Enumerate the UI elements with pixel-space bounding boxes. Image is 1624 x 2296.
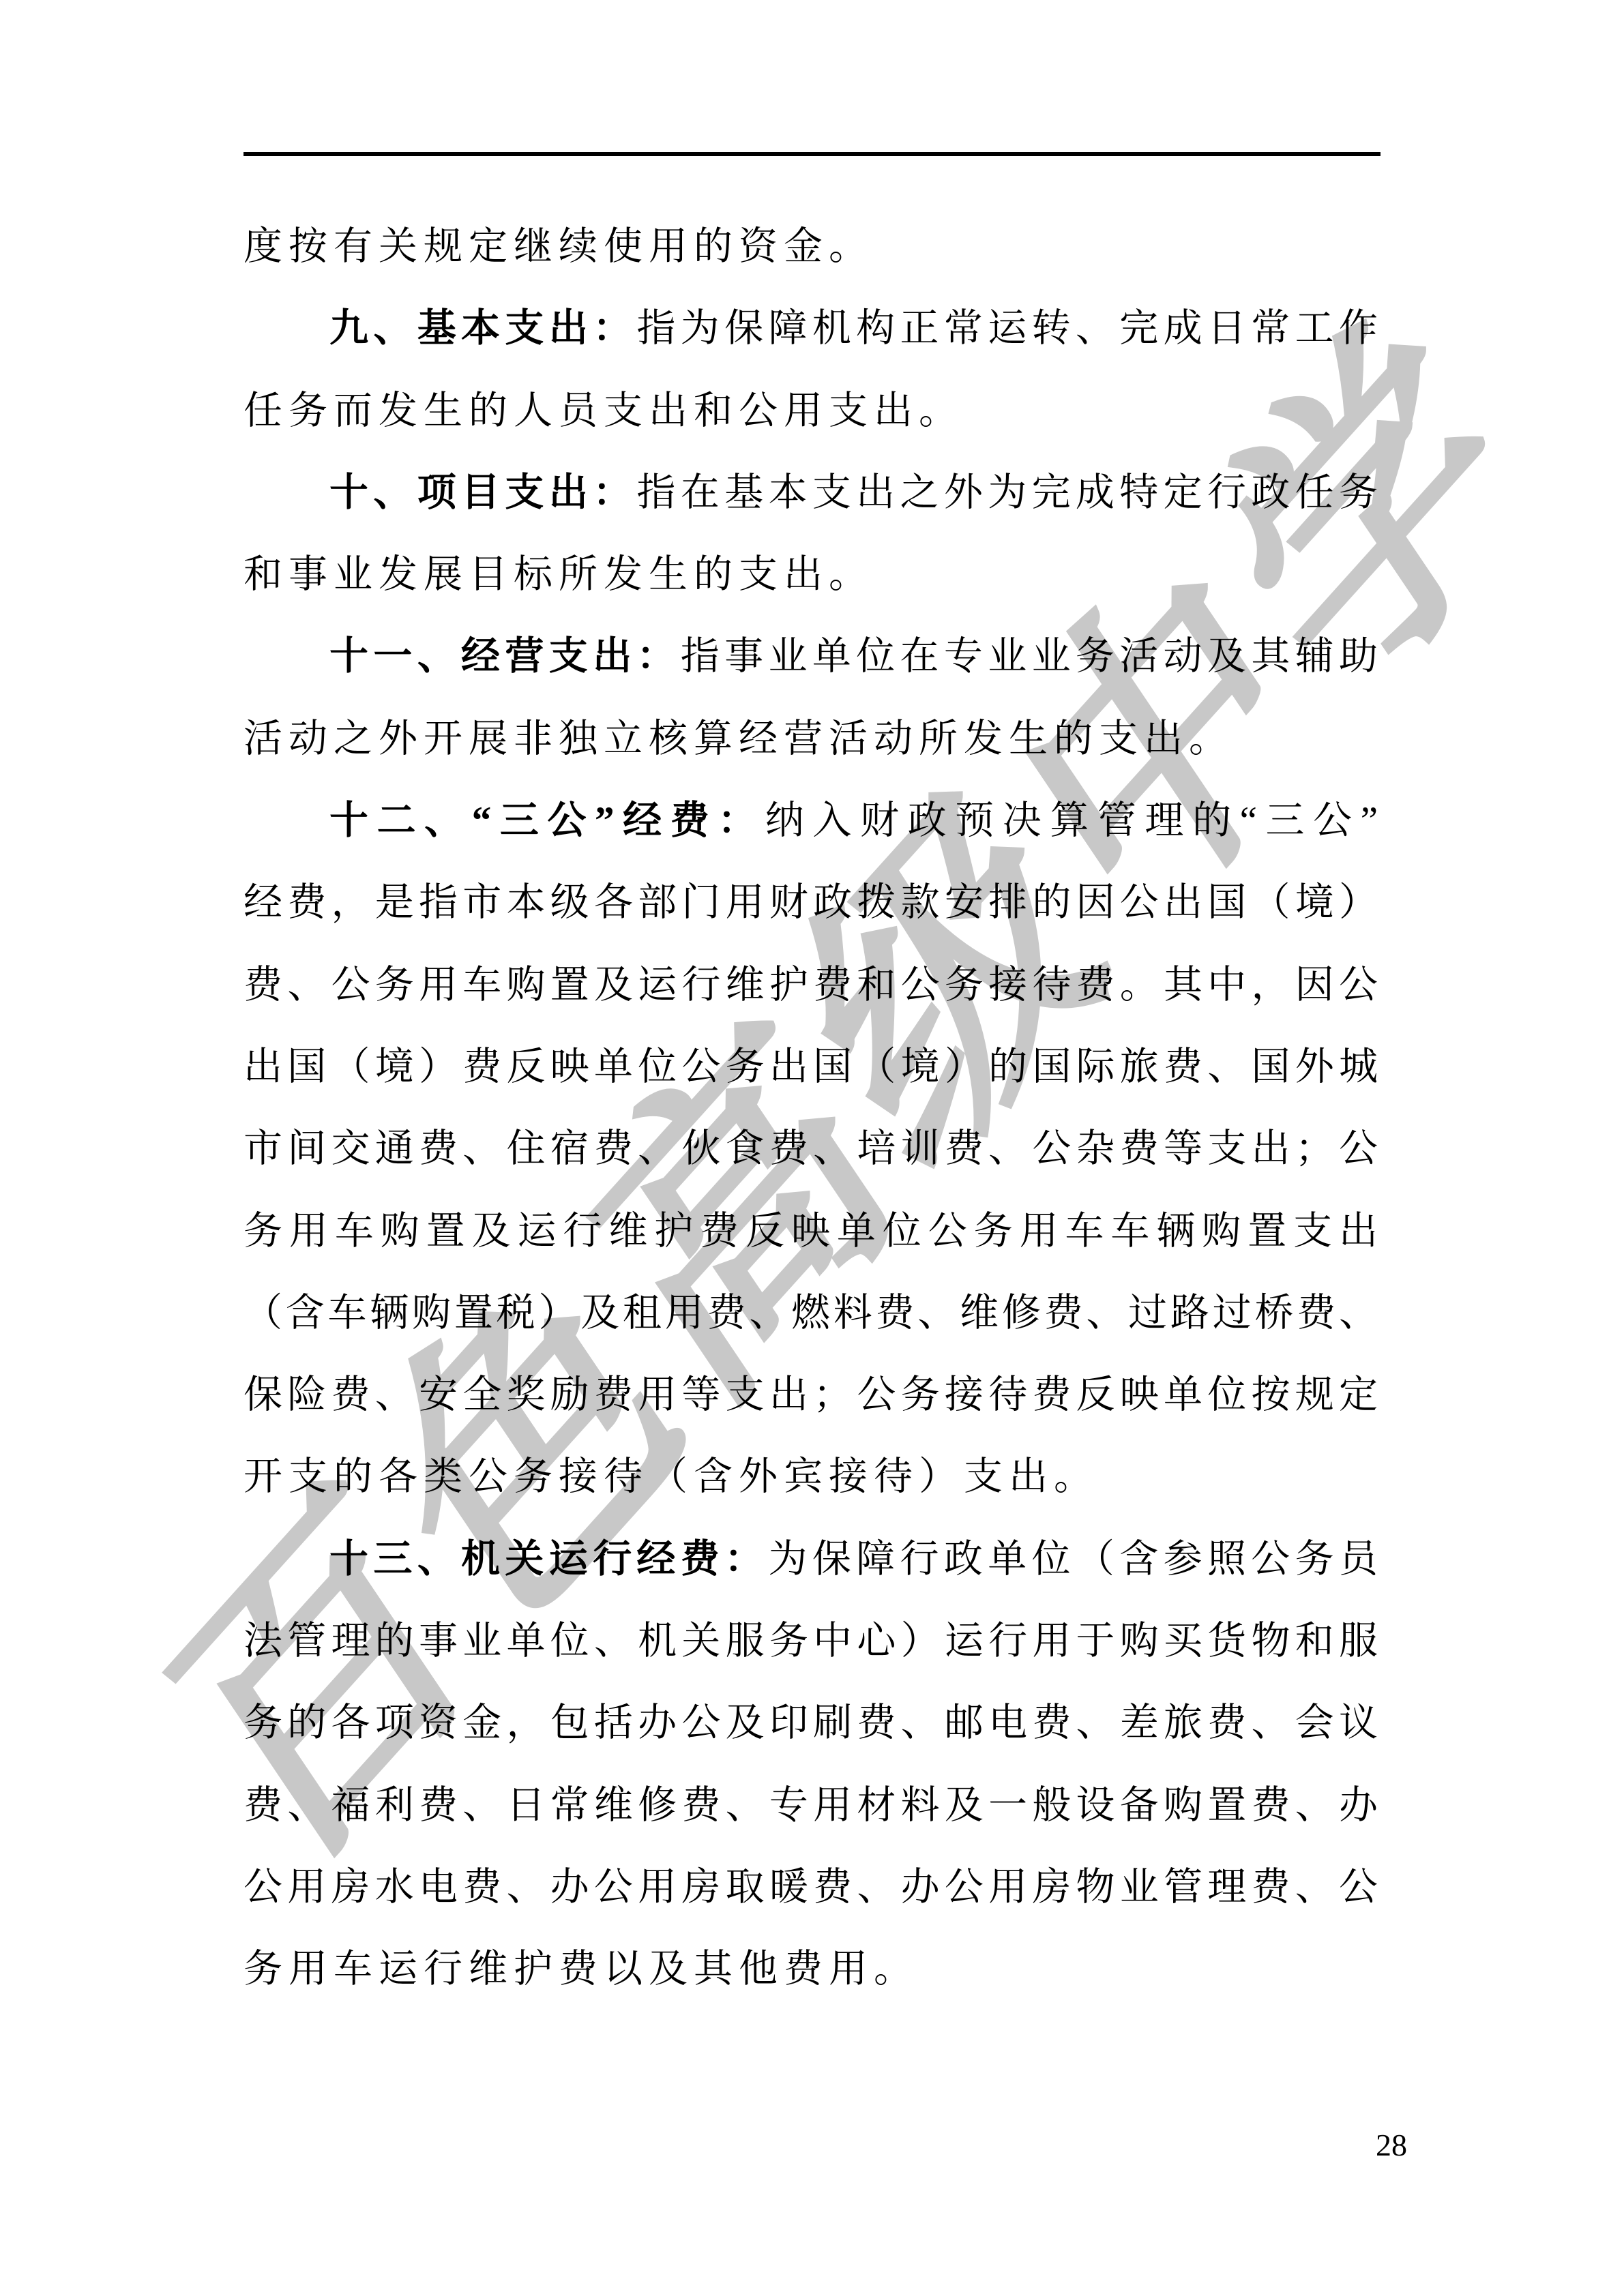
text-line: 开支的各类公务接待（含外宾接待）支出。 (243, 1436, 1381, 1518)
text-segment: 活动之外开展非独立核算经营活动所发生的支出。 (243, 717, 1234, 760)
text-line: 务用车运行维护费以及其他费用。 (243, 1928, 1381, 2010)
text-segment: 务的各项资金，包括办公及印刷费、邮电费、差旅费、会议 (243, 1701, 1381, 1744)
text-segment: （含车辆购置税）及租用费、燃料费、维修费、过路过桥费、 (243, 1292, 1381, 1335)
text-line: 法管理的事业单位、机关服务中心）运行用于购买货物和服 (243, 1600, 1381, 1682)
text-line: 活动之外开展非独立核算经营活动所发生的支出。 (243, 698, 1381, 780)
text-line: 度按有关规定继续使用的资金。 (243, 206, 1381, 288)
text-line: 务的各项资金，包括办公及印刷费、邮电费、差旅费、会议 (243, 1682, 1381, 1764)
text-line: 十、项目支出：指在基本支出之外为完成特定行政任务 (243, 452, 1381, 534)
text-segment: 经费，是指市本级各部门用财政拨款安排的因公出国（境） (243, 881, 1381, 924)
term-label: 十三、机关运行经费： (329, 1538, 768, 1581)
text-segment: 费、福利费、日常维修费、专用材料及一般设备购置费、办 (243, 1784, 1381, 1827)
text-segment: 指在基本支出之外为完成特定行政任务 (636, 471, 1381, 514)
text-line: 经费，是指市本级各部门用财政拨款安排的因公出国（境） (243, 862, 1381, 944)
page-number: 28 (1357, 2126, 1426, 2164)
document-page: 百色高级中学 度按有关规定继续使用的资金。九、基本支出：指为保障机构正常运转、完… (0, 0, 1624, 2296)
text-line: 出国（境）费反映单位公务出国（境）的国际旅费、国外城 (243, 1026, 1381, 1108)
text-line: 十二、“三公”经费：纳入财政预决算管理的“三公” (243, 780, 1381, 862)
text-segment: 法管理的事业单位、机关服务中心）运行用于购买货物和服 (243, 1620, 1381, 1663)
text-line: 十三、机关运行经费：为保障行政单位（含参照公务员 (243, 1519, 1381, 1600)
text-segment: 务用车购置及运行维护费反映单位公务用车车辆购置支出 (243, 1210, 1381, 1253)
text-segment: 任务而发生的人员支出和公用支出。 (243, 389, 964, 432)
text-segment: 公用房水电费、办公用房取暖费、办公用房物业管理费、公 (243, 1866, 1381, 1909)
text-line: 十一、经营支出：指事业单位在专业业务活动及其辅助 (243, 616, 1381, 698)
term-label: 十、项目支出： (329, 471, 636, 514)
text-segment: 费、公务用车购置及运行维护费和公务接待费。其中，因公 (243, 964, 1381, 1007)
term-label: 九、基本支出： (329, 307, 636, 350)
term-label: 十一、经营支出： (329, 635, 681, 678)
text-segment: 为保障行政单位（含参照公务员 (768, 1538, 1381, 1581)
text-line: 和事业发展目标所发生的支出。 (243, 534, 1381, 616)
text-line: 市间交通费、住宿费、伙食费、培训费、公杂费等支出；公 (243, 1108, 1381, 1190)
text-line: 任务而发生的人员支出和公用支出。 (243, 370, 1381, 452)
text-segment: 出国（境）费反映单位公务出国（境）的国际旅费、国外城 (243, 1045, 1381, 1088)
term-label: 十二、“三公”经费： (329, 799, 765, 842)
text-segment: 开支的各类公务接待（含外宾接待）支出。 (243, 1455, 1099, 1498)
text-line: 九、基本支出：指为保障机构正常运转、完成日常工作 (243, 288, 1381, 370)
text-segment: 和事业发展目标所发生的支出。 (243, 553, 874, 596)
text-segment: 指为保障机构正常运转、完成日常工作 (636, 307, 1381, 350)
text-segment: 保险费、安全奖励费用等支出；公务接待费反映单位按规定 (243, 1373, 1381, 1416)
text-segment: 市间交通费、住宿费、伙食费、培训费、公杂费等支出；公 (243, 1127, 1381, 1170)
text-line: 公用房水电费、办公用房取暖费、办公用房物业管理费、公 (243, 1847, 1381, 1928)
text-segment: 指事业单位在专业业务活动及其辅助 (681, 635, 1381, 678)
text-line: （含车辆购置税）及租用费、燃料费、维修费、过路过桥费、 (243, 1272, 1381, 1354)
text-line: 费、福利费、日常维修费、专用材料及一般设备购置费、办 (243, 1765, 1381, 1847)
text-segment: 度按有关规定继续使用的资金。 (243, 225, 874, 268)
text-line: 费、公务用车购置及运行维护费和公务接待费。其中，因公 (243, 944, 1381, 1026)
text-line: 保险费、安全奖励费用等支出；公务接待费反映单位按规定 (243, 1354, 1381, 1436)
text-block: 度按有关规定继续使用的资金。九、基本支出：指为保障机构正常运转、完成日常工作任务… (243, 206, 1381, 2011)
header-rule (243, 152, 1381, 156)
text-segment: 务用车运行维护费以及其他费用。 (243, 1948, 919, 1991)
text-segment: 纳入财政预决算管理的“三公” (765, 799, 1381, 842)
text-line: 务用车购置及运行维护费反映单位公务用车车辆购置支出 (243, 1191, 1381, 1272)
